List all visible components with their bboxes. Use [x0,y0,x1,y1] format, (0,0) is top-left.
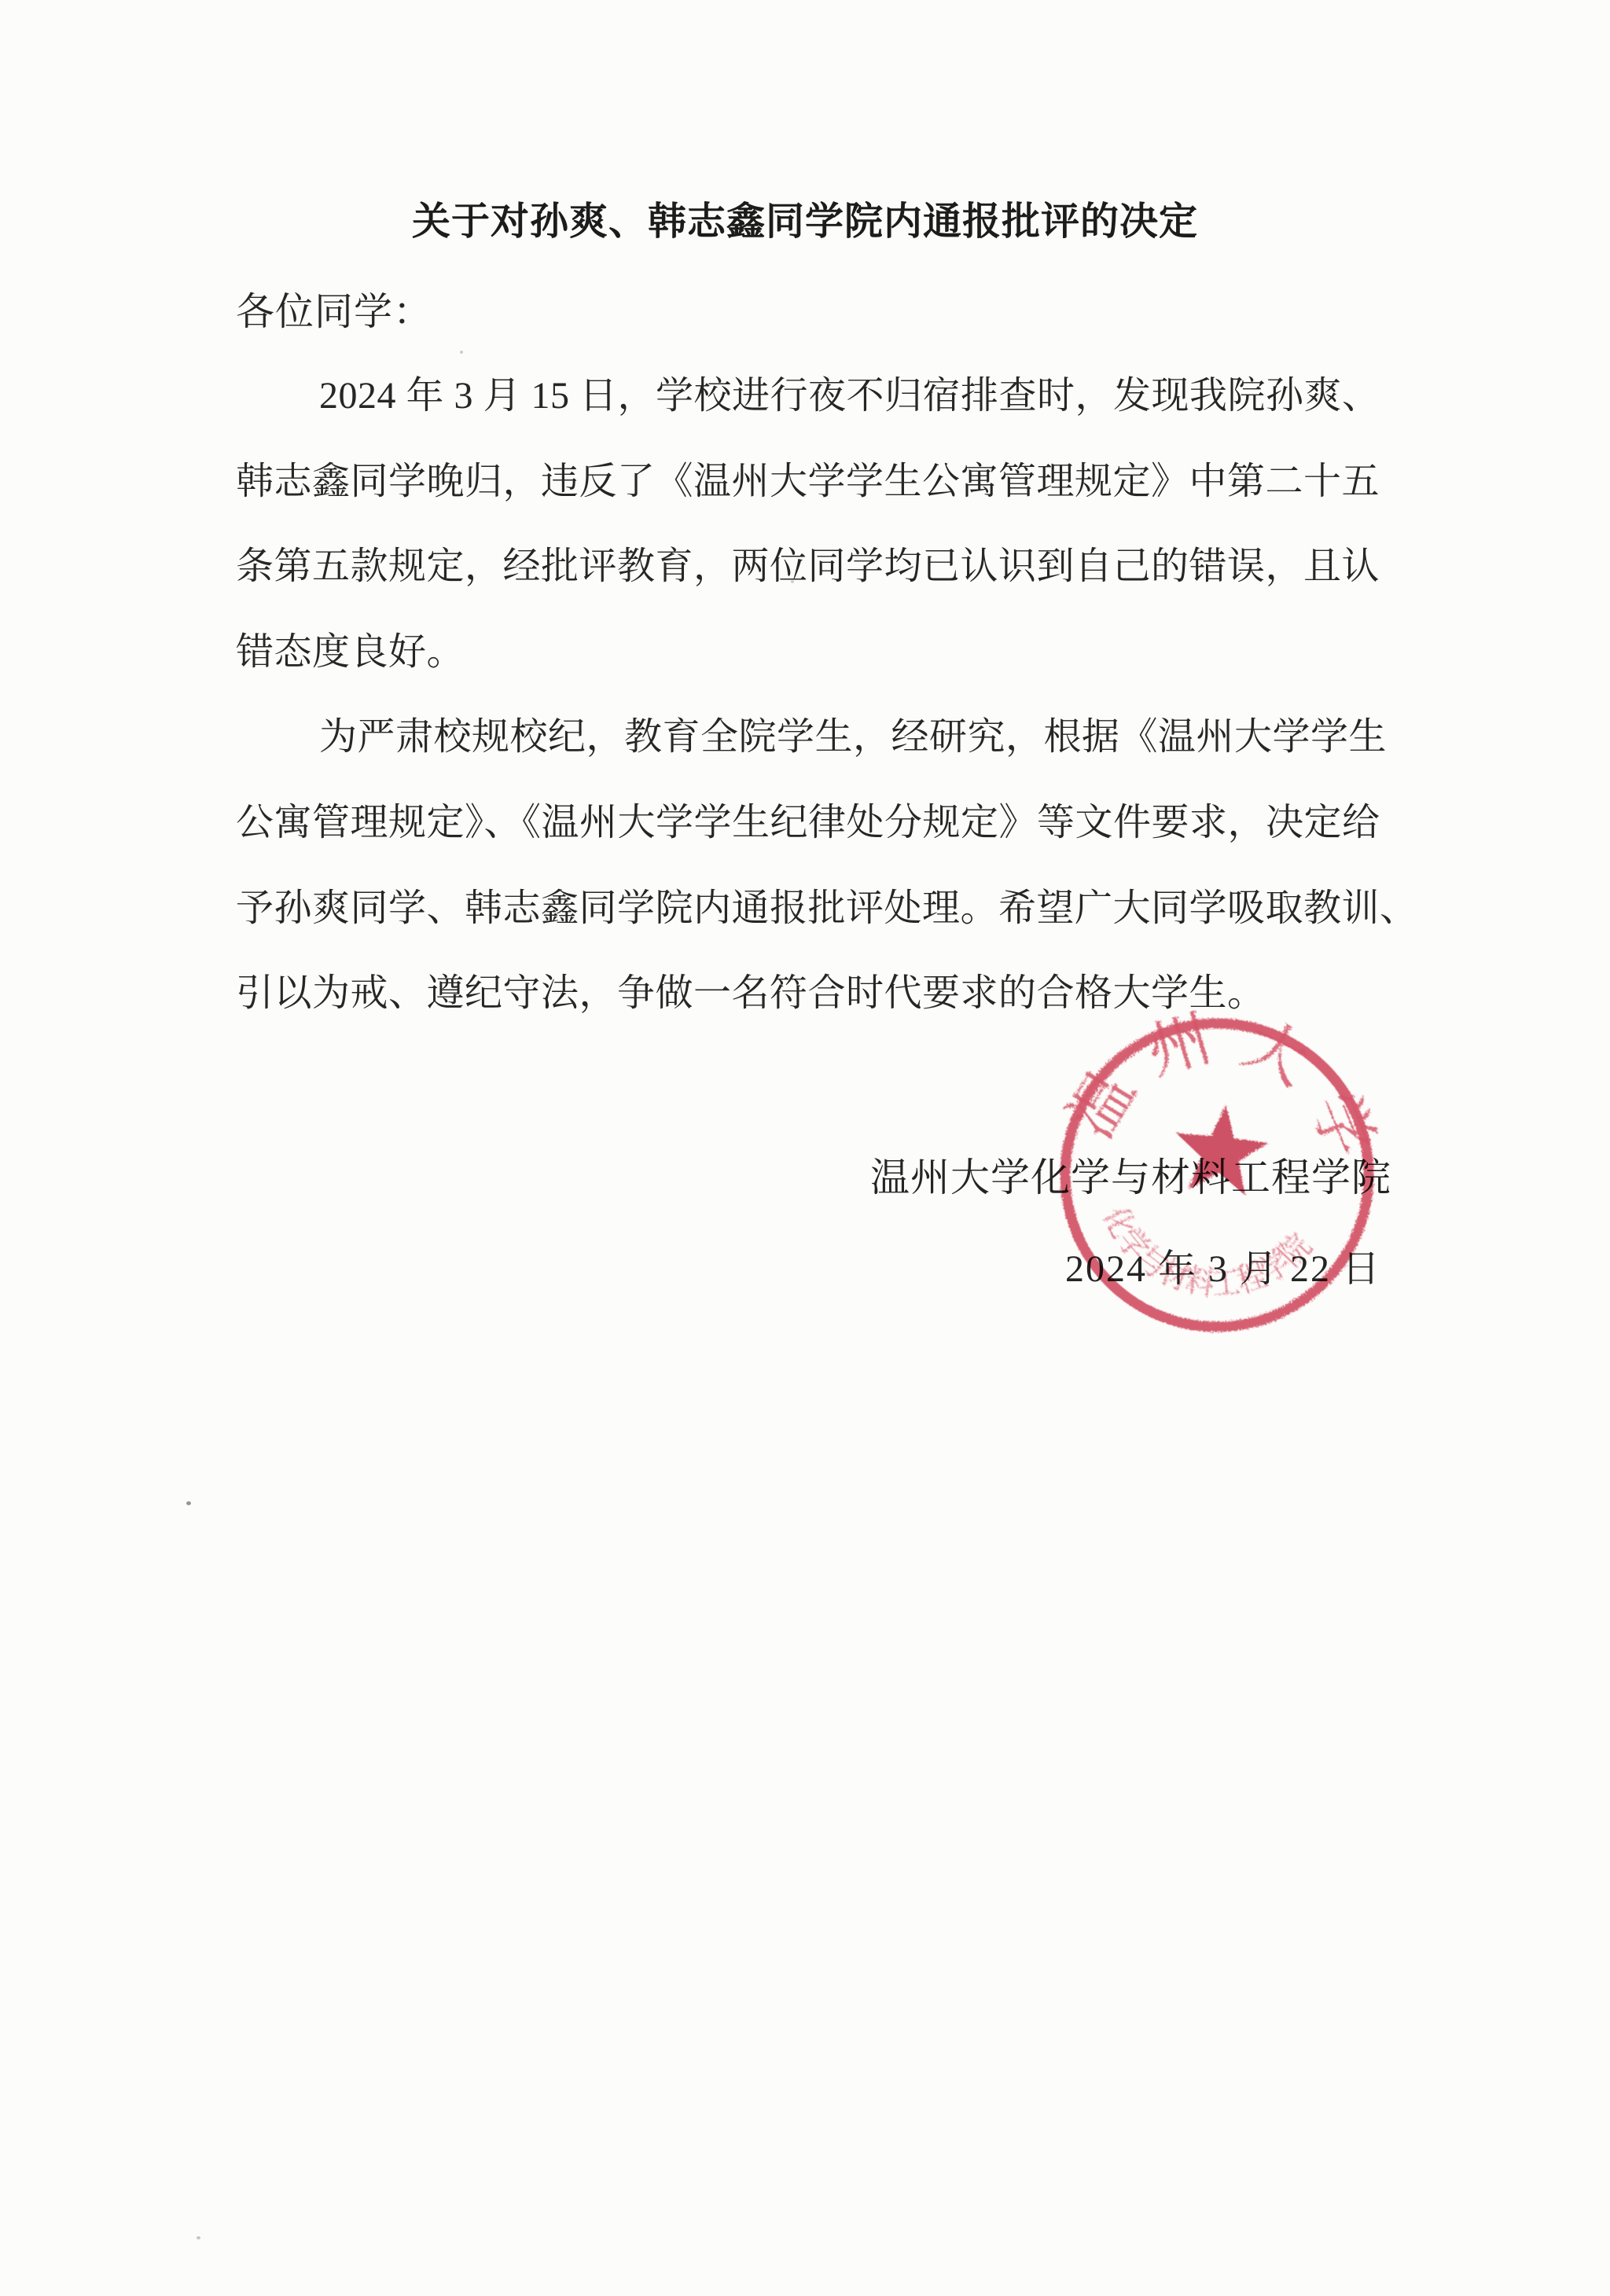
body-line: 韩志鑫同学晚归，违反了《温州大学学生公寓管理规定》中第二十五 [236,439,1384,525]
scanned-notice-page: 关于对孙爽、韩志鑫同学院内通报批评的决定 各位同学： 2024 年 3 月 15… [0,0,1610,2296]
scan-speck [197,2236,200,2239]
body-line: 予孙爽同学、韩志鑫同学院内通报批评处理。希望广大同学吸取教训、 [236,866,1384,952]
scan-speck [460,351,463,354]
scan-speck [186,1501,191,1505]
seal-bottom-text: 化学与材料工程学院 [1096,1202,1319,1303]
salutation: 各位同学： [236,289,432,335]
document-title: 关于对孙爽、韩志鑫同学院内通报批评的决定 [0,198,1610,245]
seal-star-icon [1176,1104,1268,1195]
body-line: 公寓管理规定》、《温州大学学生纪律处分规定》等文件要求，决定给 [236,781,1384,866]
official-seal-stamp: 温州大学 化学与材料工程学院 [1032,990,1402,1360]
body-line: 2024 年 3 月 15 日，学校进行夜不归宿排查时，发现我院孙爽、 [236,354,1384,439]
notice-body: 2024 年 3 月 15 日，学校进行夜不归宿排查时，发现我院孙爽、 韩志鑫同… [236,354,1384,1037]
body-line: 为严肃校规校纪，教育全院学生，经研究，根据《温州大学学生 [236,695,1384,781]
body-line: 条第五款规定，经批评教育，两位同学均已认识到自己的错误，且认 [236,524,1384,610]
scan-speck [791,580,794,583]
body-line: 错态度良好。 [236,610,1384,696]
